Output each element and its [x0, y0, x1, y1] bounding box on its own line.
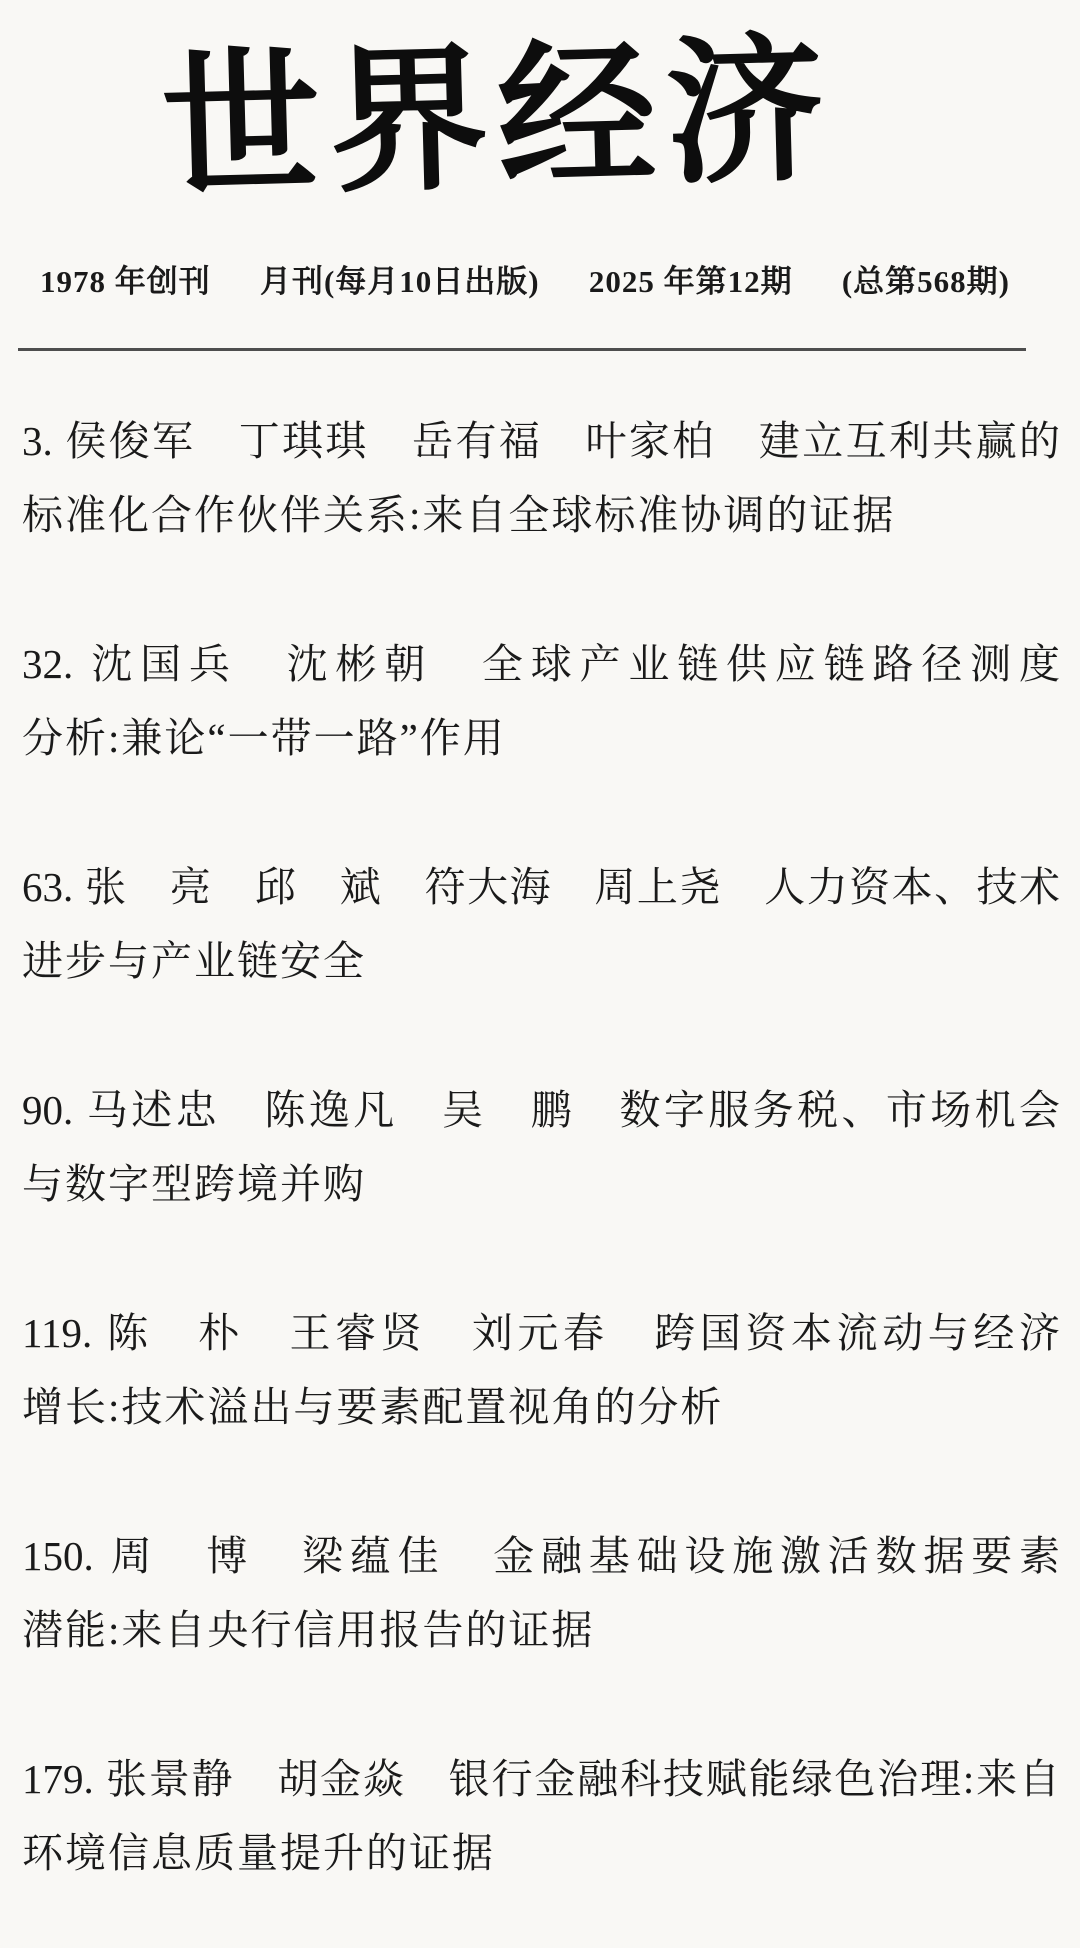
toc-entry-line2: 增长:技术溢出与要素配置视角的分析	[22, 1370, 1060, 1444]
toc-entry-line1: 179. 张景静 胡金焱 银行金融科技赋能绿色治理:来自	[22, 1742, 1060, 1816]
journal-toc-page: 世界经济 1978 年创刊 月刊(每月10日出版) 2025 年第12期 (总第…	[0, 0, 1080, 1948]
toc-entry-line1: 63. 张 亮 邱 斌 符大海 周上尧 人力资本、技术	[22, 850, 1060, 924]
toc-entry-line1: 32. 沈国兵 沈彬朝 全球产业链供应链路径测度	[22, 627, 1060, 701]
publication-info: 1978 年创刊 月刊(每月10日出版) 2025 年第12期 (总第568期)	[0, 262, 1080, 302]
toc-entry: 63. 张 亮 邱 斌 符大海 周上尧 人力资本、技术 进步与产业链安全	[22, 850, 1060, 998]
toc-entry-line2: 与数字型跨境并购	[22, 1147, 1060, 1221]
toc-entry-line2: 分析:兼论“一带一路”作用	[22, 701, 1060, 775]
toc-entry-line2: 潜能:来自央行信用报告的证据	[22, 1593, 1060, 1667]
toc-entry-line2: 进步与产业链安全	[22, 924, 1060, 998]
toc-entry-line2: 环境信息质量提升的证据	[22, 1816, 1060, 1890]
toc-list: 3. 侯俊军 丁琪琪 岳有福 叶家柏 建立互利共赢的 标准化合作伙伴关系:来自全…	[22, 404, 1060, 1890]
toc-entry-line2: 标准化合作伙伴关系:来自全球标准协调的证据	[22, 478, 1060, 552]
toc-entry-line1: 3. 侯俊军 丁琪琪 岳有福 叶家柏 建立互利共赢的	[22, 404, 1060, 478]
frequency-label: 月刊(每月10日出版)	[260, 262, 540, 302]
toc-entry-line1: 150. 周 博 梁蕴佳 金融基础设施激活数据要素	[22, 1519, 1060, 1593]
toc-entry: 179. 张景静 胡金焱 银行金融科技赋能绿色治理:来自 环境信息质量提升的证据	[22, 1742, 1060, 1890]
toc-entry: 90. 马述忠 陈逸凡 吴 鹏 数字服务税、市场机会 与数字型跨境并购	[22, 1073, 1060, 1221]
toc-entry: 32. 沈国兵 沈彬朝 全球产业链供应链路径测度 分析:兼论“一带一路”作用	[22, 627, 1060, 775]
cumulative-issue-label: (总第568期)	[842, 262, 1010, 302]
journal-title-calligraphy: 世界经济	[0, 2, 1041, 246]
toc-entry: 119. 陈 朴 王睿贤 刘元春 跨国资本流动与经济 增长:技术溢出与要素配置视…	[22, 1296, 1060, 1444]
toc-entry: 150. 周 博 梁蕴佳 金融基础设施激活数据要素 潜能:来自央行信用报告的证据	[22, 1519, 1060, 1667]
toc-entry-line1: 90. 马述忠 陈逸凡 吴 鹏 数字服务税、市场机会	[22, 1073, 1060, 1147]
toc-entry: 3. 侯俊军 丁琪琪 岳有福 叶家柏 建立互利共赢的 标准化合作伙伴关系:来自全…	[22, 404, 1060, 552]
issue-label: 2025 年第12期	[589, 262, 793, 302]
toc-entry-line1: 119. 陈 朴 王睿贤 刘元春 跨国资本流动与经济	[22, 1296, 1060, 1370]
founded-year-label: 1978 年创刊	[40, 262, 211, 302]
divider-rule	[18, 348, 1026, 351]
